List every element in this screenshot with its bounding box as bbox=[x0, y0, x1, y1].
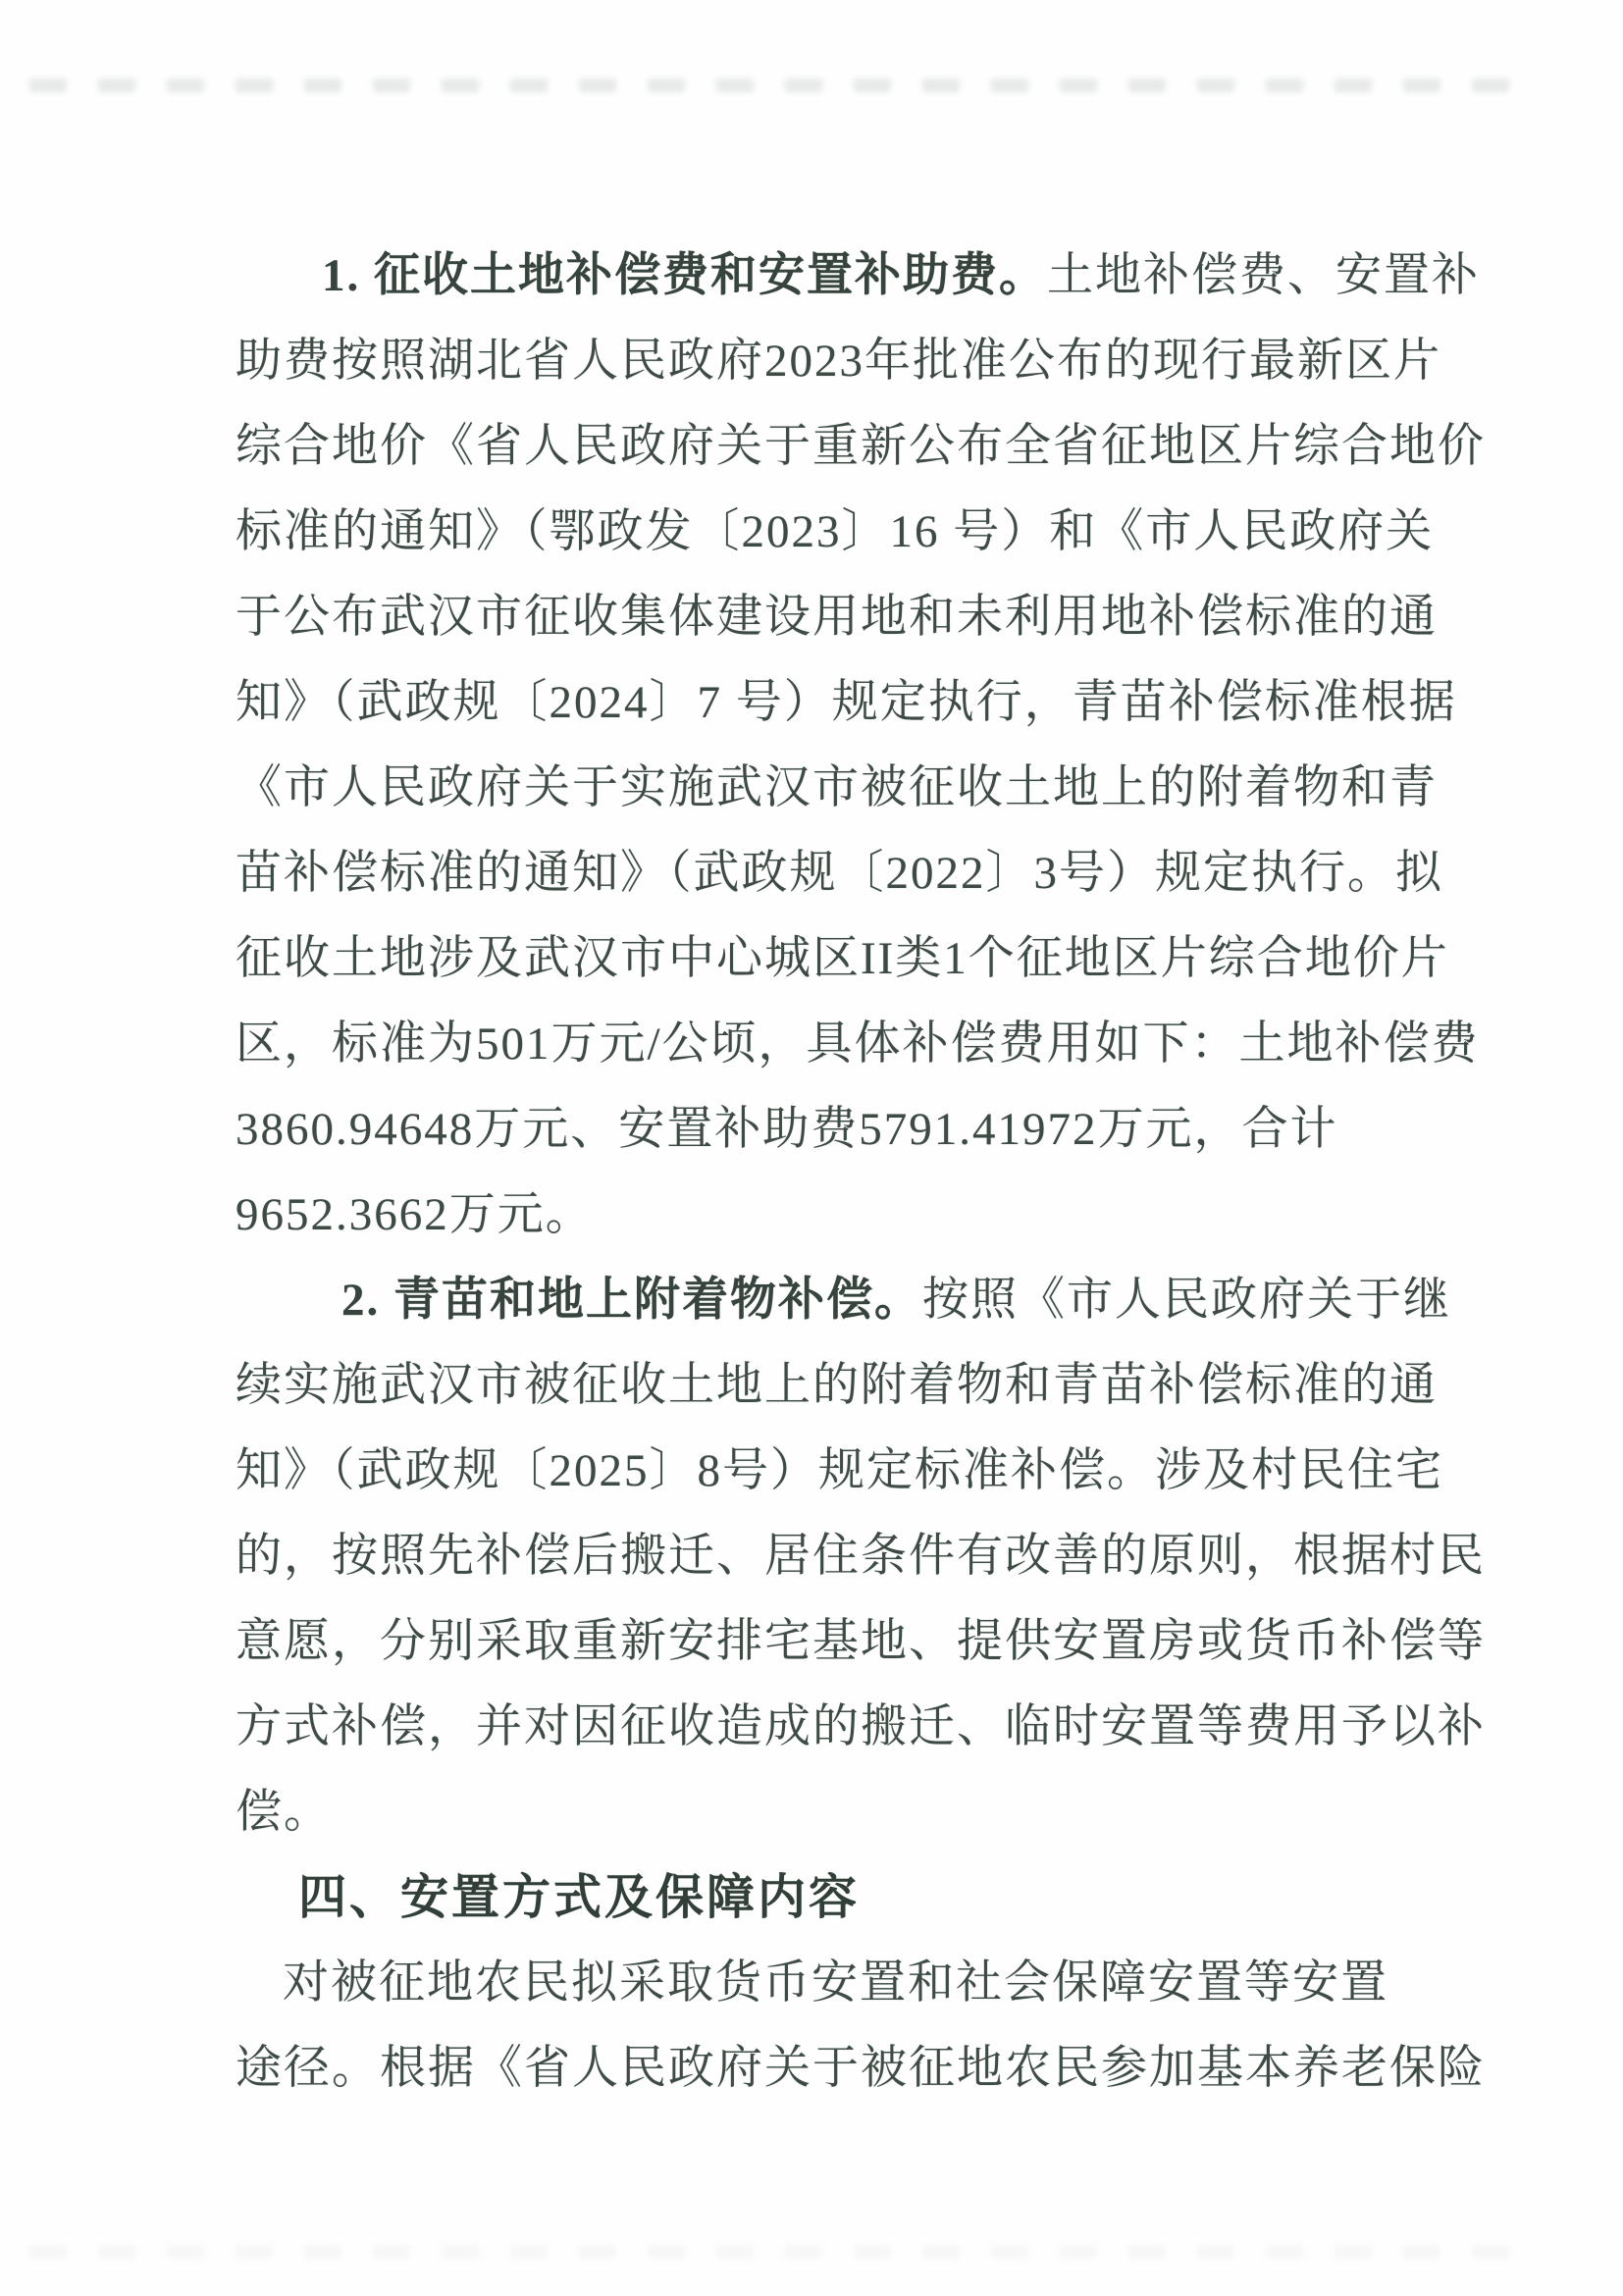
scan-artifact-top bbox=[29, 78, 1521, 92]
line-text: 3860.94648万元、安置补助费5791.41972万元，合计 bbox=[236, 1104, 1338, 1155]
line-text: 《市人民政府关于实施武汉市被征收土地上的附着物和青 bbox=[236, 762, 1438, 813]
text-line: 1. 征收土地补偿费和安置补助费。土地补偿费、安置补 bbox=[236, 234, 1472, 319]
text-line: 《市人民政府关于实施武汉市被征收土地上的附着物和青 bbox=[236, 746, 1472, 831]
line-text: 途径。根据《省人民政府关于被征地农民参加基本养老保险 bbox=[236, 2043, 1486, 2094]
line-text: 征收土地涉及武汉市中心城区II类1个征地区片综合地价片 bbox=[236, 933, 1449, 984]
numbered-item-lead: 1. 征收土地补偿费和安置补助费。 bbox=[322, 250, 1047, 301]
text-line: 知》（武政规〔2024〕7 号）规定执行，青苗补偿标准根据 bbox=[236, 660, 1472, 746]
text-line: 标准的通知》（鄂政发〔2023〕16 号）和《市人民政府关 bbox=[236, 490, 1472, 575]
section-heading-text: 四、安置方式及保障内容 bbox=[298, 1871, 860, 1924]
scan-artifact-bottom bbox=[29, 2245, 1521, 2259]
text-line: 知》（武政规〔2025〕8号）规定标准补偿。涉及村民住宅 bbox=[236, 1429, 1472, 1514]
line-text: 知》（武政规〔2025〕8号）规定标准补偿。涉及村民住宅 bbox=[236, 1445, 1443, 1496]
text-line: 3860.94648万元、安置补助费5791.41972万元，合计 bbox=[236, 1087, 1472, 1173]
line-text: 知》（武政规〔2024〕7 号）规定执行，青苗补偿标准根据 bbox=[236, 677, 1457, 728]
section-heading: 四、安置方式及保障内容 bbox=[236, 1855, 1472, 1941]
line-text: 方式补偿，并对因征收造成的搬迁、临时安置等费用予以补 bbox=[236, 1701, 1486, 1752]
text-line: 对被征地农民拟采取货币安置和社会保障安置等安置 bbox=[236, 1941, 1472, 2026]
line-text: 区，标准为501万元/公顷，具体补偿费用如下：土地补偿费 bbox=[236, 1018, 1480, 1070]
text-line: 方式补偿，并对因征收造成的搬迁、临时安置等费用予以补 bbox=[236, 1685, 1472, 1770]
text-line: 于公布武汉市征收集体建设用地和未利用地补偿标准的通 bbox=[236, 575, 1472, 660]
line-text: 意愿，分别采取重新安排宅基地、提供安置房或货币补偿等 bbox=[236, 1616, 1486, 1667]
text-line: 9652.3662万元。 bbox=[236, 1173, 1472, 1258]
text-line: 征收土地涉及武汉市中心城区II类1个征地区片综合地价片 bbox=[236, 916, 1472, 1002]
line-text: 的，按照先补偿后搬迁、居住条件有改善的原则，根据村民 bbox=[236, 1531, 1486, 1582]
text-line: 综合地价《省人民政府关于重新公布全省征地区片综合地价 bbox=[236, 404, 1472, 490]
text-line: 意愿，分别采取重新安排宅基地、提供安置房或货币补偿等 bbox=[236, 1599, 1472, 1685]
text-line: 途径。根据《省人民政府关于被征地农民参加基本养老保险 bbox=[236, 2026, 1472, 2112]
text-line: 偿。 bbox=[236, 1770, 1472, 1855]
line-text: 助费按照湖北省人民政府2023年批准公布的现行最新区片 bbox=[236, 336, 1441, 387]
text-line: 苗补偿标准的通知》（武政规〔2022〕3号）规定执行。拟 bbox=[236, 831, 1472, 916]
line-text: 苗补偿标准的通知》（武政规〔2022〕3号）规定执行。拟 bbox=[236, 848, 1443, 899]
text-line: 续实施武汉市被征收土地上的附着物和青苗补偿标准的通 bbox=[236, 1343, 1472, 1429]
line-text: 综合地价《省人民政府关于重新公布全省征地区片综合地价 bbox=[236, 421, 1486, 472]
line-text: 于公布武汉市征收集体建设用地和未利用地补偿标准的通 bbox=[236, 592, 1438, 643]
document-body: 1. 征收土地补偿费和安置补助费。土地补偿费、安置补 助费按照湖北省人民政府20… bbox=[236, 234, 1472, 2112]
line-text: 对被征地农民拟采取货币安置和社会保障安置等安置 bbox=[283, 1957, 1388, 2009]
line-text: 按照《市人民政府关于继 bbox=[922, 1275, 1451, 1326]
text-line: 助费按照湖北省人民政府2023年批准公布的现行最新区片 bbox=[236, 319, 1472, 404]
line-text: 9652.3662万元。 bbox=[236, 1189, 594, 1240]
text-line: 区，标准为501万元/公顷，具体补偿费用如下：土地补偿费 bbox=[236, 1002, 1472, 1087]
line-text: 偿。 bbox=[236, 1787, 332, 1838]
line-text: 土地补偿费、安置补 bbox=[1047, 250, 1480, 301]
document-page: 1. 征收土地补偿费和安置补助费。土地补偿费、安置补 助费按照湖北省人民政府20… bbox=[0, 0, 1623, 2296]
line-text: 标准的通知》（鄂政发〔2023〕16 号）和《市人民政府关 bbox=[236, 506, 1434, 557]
line-text: 续实施武汉市被征收土地上的附着物和青苗补偿标准的通 bbox=[236, 1360, 1438, 1411]
numbered-item-lead: 2. 青苗和地上附着物补偿。 bbox=[341, 1275, 922, 1326]
text-line: 的，按照先补偿后搬迁、居住条件有改善的原则，根据村民 bbox=[236, 1514, 1472, 1599]
text-line: 2. 青苗和地上附着物补偿。按照《市人民政府关于继 bbox=[236, 1258, 1472, 1343]
